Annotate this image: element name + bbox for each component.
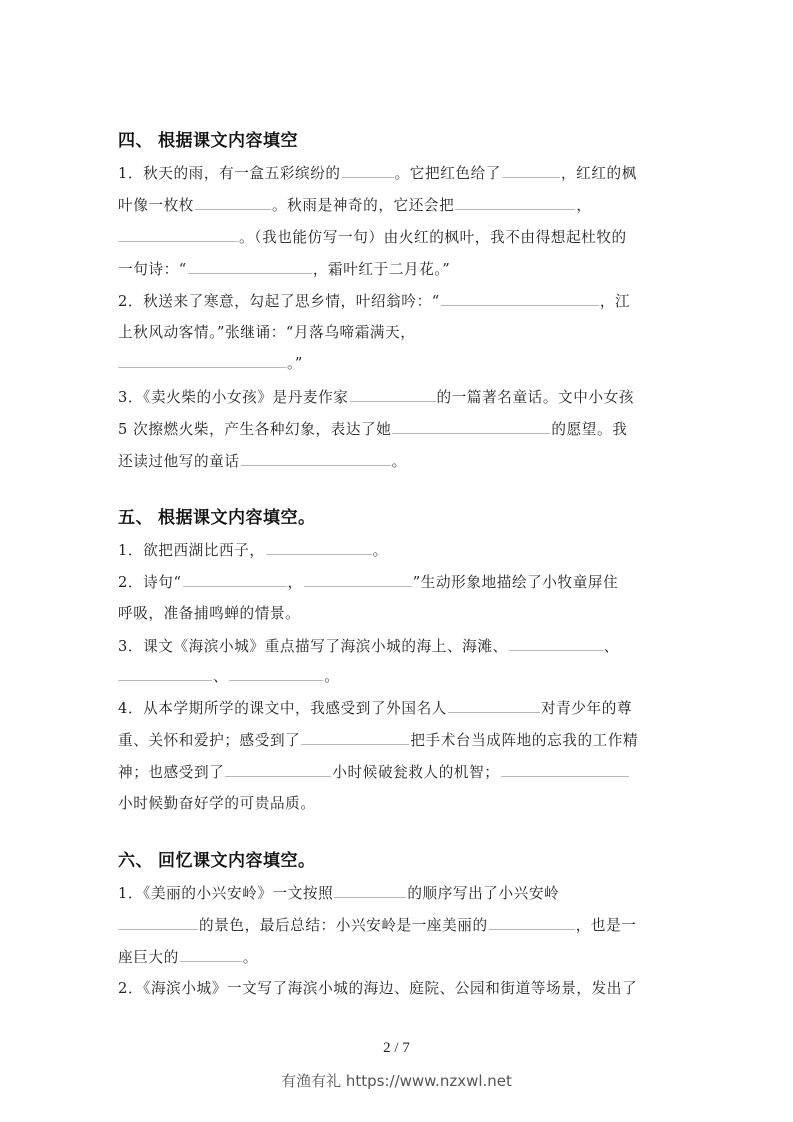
text: 2．秋送来了寒意，勾起了思乡情，叶绍翁吟：“	[118, 293, 440, 310]
question-line: 3．课文《海滨小城》重点描写了海滨小城的海上、海滩、、	[118, 636, 619, 657]
fill-blank[interactable]	[502, 163, 560, 178]
fill-blank[interactable]	[180, 947, 242, 962]
fill-blank[interactable]	[304, 572, 412, 587]
text: 1．《美丽的小兴安岭》一文按照	[118, 885, 333, 902]
fill-blank[interactable]	[334, 883, 406, 898]
question-line: 2．《海滨小城》一文写了海滨小城的海边、庭院、公园和街道等场景，发出了	[118, 979, 637, 999]
question-line: 2．诗句“，”生动形象地描绘了小牧童屏住	[118, 572, 618, 593]
fill-blank[interactable]	[448, 698, 540, 713]
text: 4．从本学期所学的课文中，我感受到了外国名人	[118, 700, 447, 717]
text: 1．秋天的雨，有一盒五彩缤纷的	[118, 165, 341, 182]
section-title: 根据课文内容填空	[158, 131, 298, 151]
text: 的景色，最后总结：小兴安岭是一座美丽的	[199, 917, 488, 934]
section-number: 四、	[118, 126, 158, 151]
question-line: 一句诗：“，霜叶红于二月花。”	[118, 259, 450, 280]
question-line: 呼吸，准备捕鸣蝉的情景。	[118, 604, 300, 624]
text: ，	[576, 197, 591, 214]
text: 神；也感受到了	[118, 764, 224, 781]
text: 的愿望。我	[551, 421, 627, 438]
fill-blank[interactable]	[225, 762, 331, 777]
text: 叶像一枚枚	[118, 197, 194, 214]
question-line: 1．《美丽的小兴安岭》一文按照的顺序写出了小兴安岭	[118, 883, 559, 904]
text: ，也是一	[576, 917, 637, 934]
text: 2．诗句“	[118, 574, 182, 591]
text: 。	[373, 542, 388, 559]
question-line: 5 次擦燃火柴，产生各种幻象，表达了她的愿望。我	[118, 419, 627, 440]
text: 。秋雨是神奇的，它还会把	[272, 197, 454, 214]
fill-blank[interactable]	[301, 730, 409, 745]
question-line: 还读过他写的童话。	[118, 451, 407, 472]
text: 3．《卖火柴的小女孩》是丹麦作家	[118, 389, 349, 406]
section-heading-6: 六、回忆课文内容填空。	[118, 846, 316, 871]
question-line: 神；也感受到了小时候破瓮救人的机智；	[118, 762, 630, 783]
fill-blank[interactable]	[241, 451, 391, 466]
text: ”生动形象地描绘了小牧童屏住	[413, 574, 619, 591]
text: ，霜叶红于二月花。”	[313, 261, 451, 278]
document-page: 四、根据课文内容填空 1．秋天的雨，有一盒五彩缤纷的。它把红色给了，红红的枫 叶…	[0, 0, 793, 1122]
page-number: 2 / 7	[0, 1040, 793, 1057]
fill-blank[interactable]	[229, 666, 323, 681]
text: 的顺序写出了小兴安岭	[407, 885, 559, 902]
question-line: 小时候勤奋好学的可贵品质。	[118, 794, 316, 814]
footer-watermark: 有渔有礼 https://www.nzxwl.net	[0, 1070, 793, 1091]
text: 上秋风动客情。”张继诵：“月落乌啼霜满天，	[118, 324, 416, 341]
text: 一句诗：“	[118, 261, 187, 278]
section-title: 回忆课文内容填空。	[158, 851, 316, 871]
fill-blank[interactable]	[118, 915, 198, 930]
fill-blank[interactable]	[266, 540, 372, 555]
text: 。”	[287, 355, 303, 372]
text: 。（我也能仿写一句）由火红的枫叶，我不由得想起杜牧的	[239, 229, 627, 246]
text: 座巨大的	[118, 949, 179, 966]
fill-blank[interactable]	[350, 387, 436, 402]
text: 对青少年的尊	[541, 700, 632, 717]
text: ，江	[600, 293, 630, 310]
fill-blank[interactable]	[188, 259, 312, 274]
question-line: 座巨大的。	[118, 947, 258, 968]
question-line: 上秋风动客情。”张继诵：“月落乌啼霜满天，	[118, 323, 416, 343]
question-line: 2．秋送来了寒意，勾起了思乡情，叶绍翁吟：“，江	[118, 291, 630, 312]
text: ，	[288, 574, 303, 591]
question-line: 3．《卖火柴的小女孩》是丹麦作家的一篇著名童话。文中小女孩	[118, 387, 634, 408]
question-line: 叶像一枚枚。秋雨是神奇的，它还会把，	[118, 195, 592, 216]
text: 的一篇著名童话。文中小女孩	[437, 389, 635, 406]
text: 。	[243, 949, 258, 966]
fill-blank[interactable]	[118, 666, 212, 681]
question-line: 的景色，最后总结：小兴安岭是一座美丽的，也是一	[118, 915, 636, 936]
text: 。	[392, 453, 407, 470]
text: 2．《海滨小城》一文写了海滨小城的海边、庭院、公园和街道等场景，发出了	[118, 980, 637, 997]
fill-blank[interactable]	[501, 762, 629, 777]
fill-blank[interactable]	[441, 291, 599, 306]
text: 、	[213, 668, 228, 685]
section-number: 五、	[118, 503, 158, 528]
text: 5 次擦燃火柴，产生各种幻象，表达了她	[118, 421, 391, 438]
question-line: 4．从本学期所学的课文中，我感受到了外国名人对青少年的尊	[118, 698, 632, 719]
text: 重、关怀和爱护；感受到了	[118, 732, 300, 749]
text: 还读过他写的童话	[118, 453, 240, 470]
text: 。它把红色给了	[395, 165, 501, 182]
fill-blank[interactable]	[342, 163, 394, 178]
question-line: 。（我也能仿写一句）由火红的枫叶，我不由得想起杜牧的	[118, 227, 627, 248]
text: 小时候勤奋好学的可贵品质。	[118, 795, 316, 812]
section-heading-4: 四、根据课文内容填空	[118, 126, 298, 151]
question-line: 重、关怀和爱护；感受到了把手术台当成阵地的忘我的工作精	[118, 730, 638, 751]
text: 呼吸，准备捕鸣蝉的情景。	[118, 605, 300, 622]
section-heading-5: 五、根据课文内容填空。	[118, 503, 316, 528]
question-line: 1．欲把西湖比西子，。	[118, 540, 388, 561]
fill-blank[interactable]	[195, 195, 271, 210]
question-line: 1．秋天的雨，有一盒五彩缤纷的。它把红色给了，红红的枫	[118, 163, 637, 184]
fill-blank[interactable]	[509, 636, 603, 651]
fill-blank[interactable]	[455, 195, 575, 210]
fill-blank[interactable]	[489, 915, 575, 930]
text: 1．欲把西湖比西子，	[118, 542, 265, 559]
section-title: 根据课文内容填空。	[158, 508, 316, 528]
fill-blank[interactable]	[392, 419, 550, 434]
text: 3．课文《海滨小城》重点描写了海滨小城的海上、海滩、	[118, 638, 508, 655]
text: 把手术台当成阵地的忘我的工作精	[410, 732, 638, 749]
text: ，红红的枫	[561, 165, 637, 182]
question-line: 。”	[118, 353, 303, 374]
text: 、	[604, 638, 619, 655]
question-line: 、。	[118, 666, 339, 687]
text: 小时候破瓮救人的机智；	[332, 764, 499, 781]
fill-blank[interactable]	[118, 353, 286, 368]
fill-blank[interactable]	[118, 227, 238, 242]
fill-blank[interactable]	[183, 572, 287, 587]
section-number: 六、	[118, 846, 158, 871]
text: 。	[324, 668, 339, 685]
